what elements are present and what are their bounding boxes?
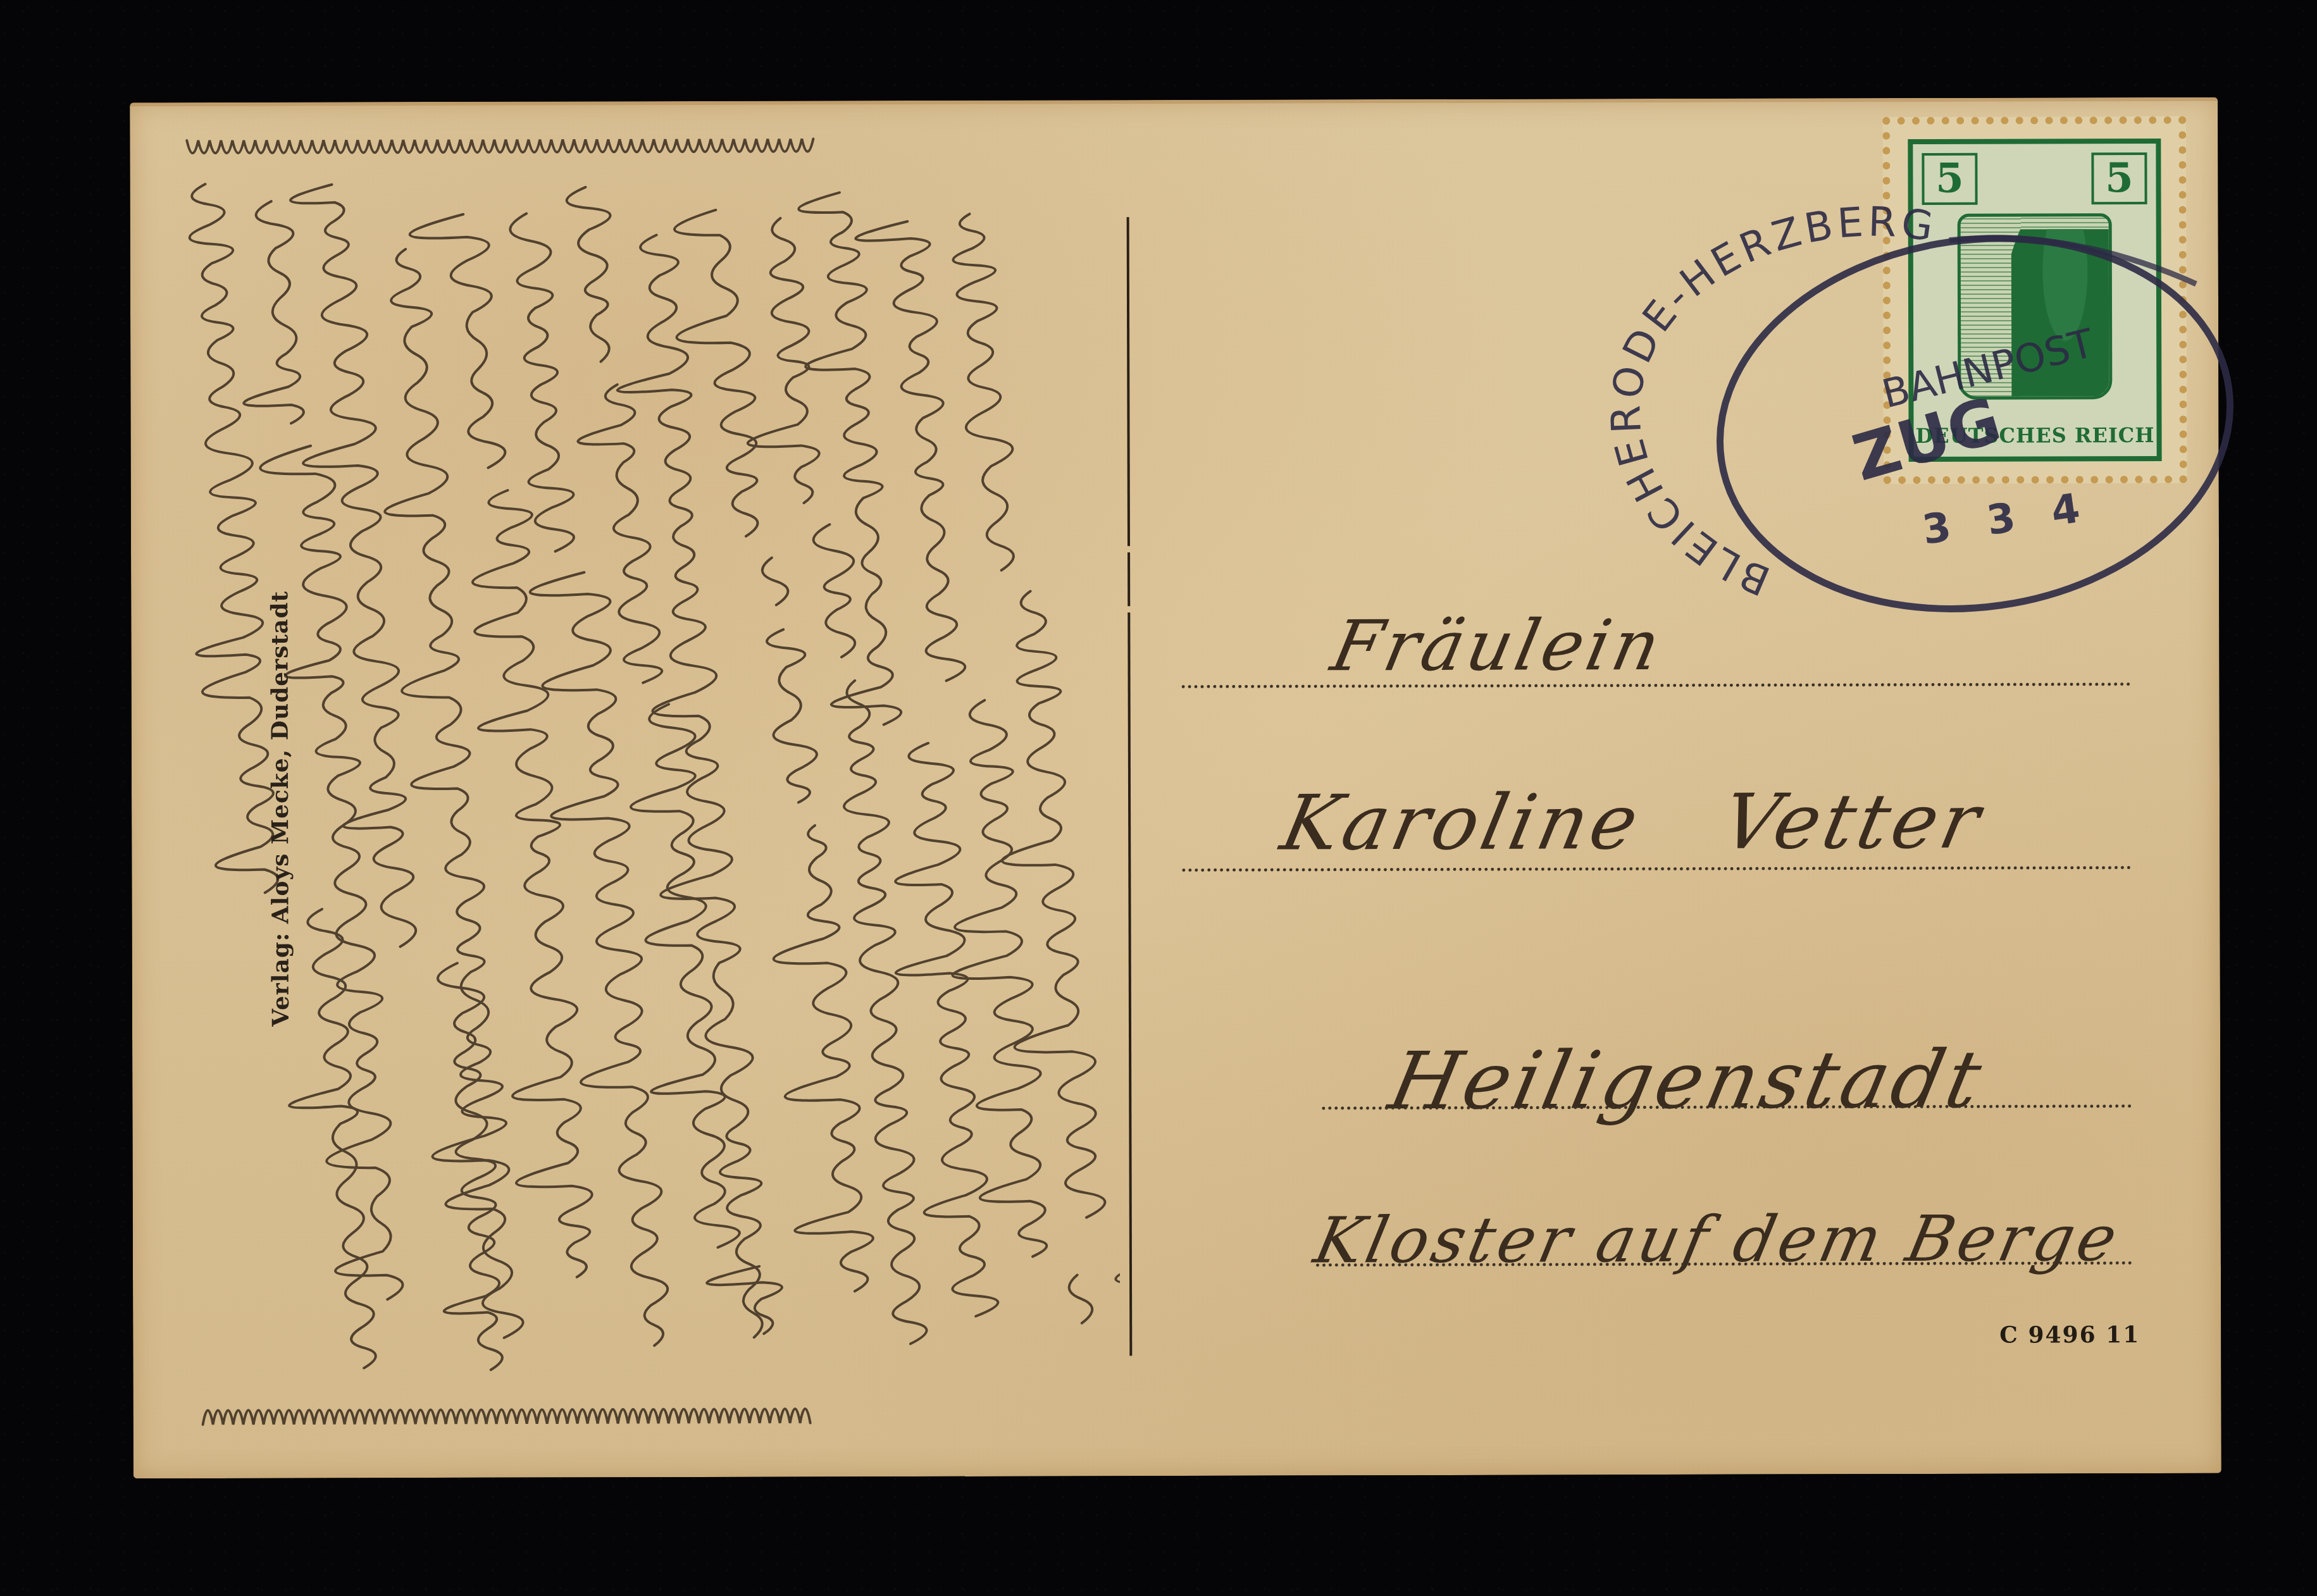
message-address-divider [1127, 217, 1133, 1356]
stamp-value-left: 5 [1922, 153, 1977, 205]
print-code: C 9496 11 [1999, 1321, 2140, 1349]
stamp-frame: 5 5 DEUTSCHES REICH [1908, 139, 2161, 462]
handwritten-message [149, 113, 1121, 1463]
germania-icon [1958, 213, 2113, 400]
address-line-1: Fräulein [1325, 605, 1671, 686]
postage-stamp: 5 5 DEUTSCHES REICH [1882, 116, 2187, 484]
germania-bust-icon [2011, 229, 2113, 400]
message-script-strokes [149, 113, 1121, 1463]
address-dotted-rule-1 [1182, 683, 2131, 688]
postcard: Verlag: Aloys Mecke, Duderstadt Fräulein… [130, 97, 2221, 1479]
stamp-value-right: 5 [2091, 152, 2147, 204]
address-line-2: Karoline Vetter [1274, 778, 1991, 868]
stamp-country-label: DEUTSCHES REICH [1913, 423, 2156, 448]
address-line-3: Heiligenstadt [1382, 1034, 1992, 1128]
publisher-imprint: Verlag: Aloys Mecke, Duderstadt [266, 533, 294, 1027]
postmark-date: 3 3 4 [1920, 483, 2094, 554]
